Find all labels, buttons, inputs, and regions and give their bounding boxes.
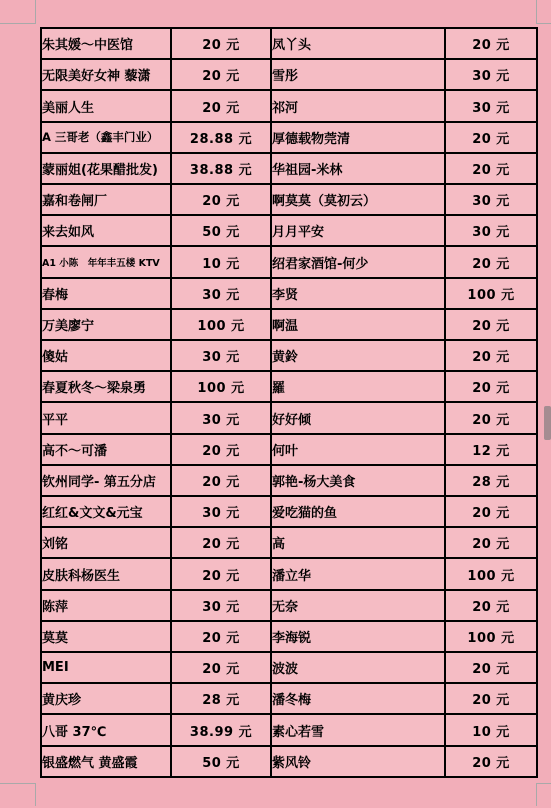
payer-name-right: 潘立华 — [271, 558, 445, 589]
payer-name-left: 八哥 37℃ — [41, 714, 171, 745]
amount-left: 100 元 — [171, 371, 271, 402]
payer-name-left: 莫莫 — [41, 621, 171, 652]
amount-right: 20 元 — [445, 746, 537, 777]
amount-left: 30 元 — [171, 496, 271, 527]
payer-name-left: 春夏秋冬～梁泉勇 — [41, 371, 171, 402]
payer-name-right: 高 — [271, 527, 445, 558]
payer-name-left: 春梅 — [41, 278, 171, 309]
amount-right: 10 元 — [445, 714, 537, 745]
payer-name-left: 陈萍 — [41, 590, 171, 621]
payer-name-right: 羅 — [271, 371, 445, 402]
amount-right: 30 元 — [445, 215, 537, 246]
amount-right: 20 元 — [445, 652, 537, 683]
payer-name-right: 潘冬梅 — [271, 683, 445, 714]
amount-left: 30 元 — [171, 340, 271, 371]
payment-table: 朱其媛～中医馆 20 元 凤丫头 20 元 无限美好女神 藜潇 20 元 雪彤 … — [40, 27, 538, 778]
table-row: 钦州同学- 第五分店 20 元 郭艳-杨大美食 28 元 — [41, 465, 537, 496]
amount-right: 20 元 — [445, 683, 537, 714]
amount-right: 20 元 — [445, 402, 537, 433]
table-row: 万美廖宁 100 元 啊温 20 元 — [41, 309, 537, 340]
amount-right: 30 元 — [445, 90, 537, 121]
payer-name-left: 高不～可潘 — [41, 434, 171, 465]
table-row: 平平 30 元 好好倾 20 元 — [41, 402, 537, 433]
amount-right: 12 元 — [445, 434, 537, 465]
table-row: 春梅 30 元 李贤 100 元 — [41, 278, 537, 309]
amount-right: 20 元 — [445, 153, 537, 184]
amount-left: 10 元 — [171, 246, 271, 277]
amount-left: 20 元 — [171, 28, 271, 59]
amount-right: 30 元 — [445, 184, 537, 215]
amount-left: 20 元 — [171, 621, 271, 652]
amount-left: 20 元 — [171, 652, 271, 683]
payer-name-left: 傻姑 — [41, 340, 171, 371]
payer-name-right: 李贤 — [271, 278, 445, 309]
payer-name-right: 绍君家酒馆-何少 — [271, 246, 445, 277]
table-row: 傻姑 30 元 黄鈴 20 元 — [41, 340, 537, 371]
table-row: 春夏秋冬～梁泉勇 100 元 羅 20 元 — [41, 371, 537, 402]
payer-name-right: 紫风铃 — [271, 746, 445, 777]
table-row: MEI 20 元 波波 20 元 — [41, 652, 537, 683]
payer-name-right: 郭艳-杨大美食 — [271, 465, 445, 496]
amount-right: 20 元 — [445, 371, 537, 402]
payer-name-right: 厚德载物莞清 — [271, 122, 445, 153]
payer-name-right: 华祖园-米林 — [271, 153, 445, 184]
amount-right: 20 元 — [445, 246, 537, 277]
payer-name-left: 无限美好女神 藜潇 — [41, 59, 171, 90]
payer-name-right: 祁河 — [271, 90, 445, 121]
amount-right: 28 元 — [445, 465, 537, 496]
table-row: A 三哥老（鑫丰门业） 28.88 元 厚德载物莞清 20 元 — [41, 122, 537, 153]
amount-left: 100 元 — [171, 309, 271, 340]
payer-name-left: 来去如风 — [41, 215, 171, 246]
amount-right: 20 元 — [445, 340, 537, 371]
table-row: 美丽人生 20 元 祁河 30 元 — [41, 90, 537, 121]
amount-left: 30 元 — [171, 402, 271, 433]
table-row: 嘉和卷闸厂 20 元 啊莫莫（莫初云） 30 元 — [41, 184, 537, 215]
amount-right: 100 元 — [445, 621, 537, 652]
table-row: 八哥 37℃ 38.99 元 素心若雪 10 元 — [41, 714, 537, 745]
table-row: A1 小陈 年年丰五楼 KTV 10 元 绍君家酒馆-何少 20 元 — [41, 246, 537, 277]
payer-name-left: MEI — [41, 652, 171, 683]
payer-name-left: 平平 — [41, 402, 171, 433]
table-row: 莫莫 20 元 李海锐 100 元 — [41, 621, 537, 652]
payer-name-left: 蒙丽姐(花果醋批发) — [41, 153, 171, 184]
amount-right: 20 元 — [445, 496, 537, 527]
amount-right: 20 元 — [445, 28, 537, 59]
payer-name-left: 万美廖宁 — [41, 309, 171, 340]
amount-left: 28 元 — [171, 683, 271, 714]
payer-name-left: 皮肤科杨医生 — [41, 558, 171, 589]
amount-left: 20 元 — [171, 527, 271, 558]
amount-left: 20 元 — [171, 59, 271, 90]
crop-mark-bottom-right — [536, 783, 551, 806]
payer-name-right: 啊莫莫（莫初云） — [271, 184, 445, 215]
table-row: 银盛燃气 黄盛霞 50 元 紫风铃 20 元 — [41, 746, 537, 777]
amount-left: 38.99 元 — [171, 714, 271, 745]
amount-left: 28.88 元 — [171, 122, 271, 153]
amount-right: 100 元 — [445, 278, 537, 309]
payer-name-left: 钦州同学- 第五分店 — [41, 465, 171, 496]
table-row: 皮肤科杨医生 20 元 潘立华 100 元 — [41, 558, 537, 589]
payer-name-right: 啊温 — [271, 309, 445, 340]
amount-left: 38.88 元 — [171, 153, 271, 184]
payer-name-right: 凤丫头 — [271, 28, 445, 59]
amount-left: 30 元 — [171, 590, 271, 621]
amount-left: 30 元 — [171, 278, 271, 309]
crop-mark-top-right — [536, 0, 551, 24]
amount-left: 20 元 — [171, 434, 271, 465]
amount-right: 20 元 — [445, 527, 537, 558]
amount-right: 20 元 — [445, 309, 537, 340]
table-row: 黄庆珍 28 元 潘冬梅 20 元 — [41, 683, 537, 714]
table-row: 无限美好女神 藜潇 20 元 雪彤 30 元 — [41, 59, 537, 90]
amount-right: 20 元 — [445, 122, 537, 153]
payer-name-right: 李海锐 — [271, 621, 445, 652]
table-row: 红红&文文&元宝 30 元 爱吃猫的鱼 20 元 — [41, 496, 537, 527]
payer-name-right: 爱吃猫的鱼 — [271, 496, 445, 527]
amount-right: 30 元 — [445, 59, 537, 90]
payer-name-left: 黄庆珍 — [41, 683, 171, 714]
table-row: 刘铭 20 元 高 20 元 — [41, 527, 537, 558]
payer-name-left: 朱其媛～中医馆 — [41, 28, 171, 59]
payer-name-left: 银盛燃气 黄盛霞 — [41, 746, 171, 777]
payer-name-left: A1 小陈 年年丰五楼 KTV — [41, 246, 171, 277]
payer-name-left: 刘铭 — [41, 527, 171, 558]
payer-name-right: 雪彤 — [271, 59, 445, 90]
amount-left: 20 元 — [171, 90, 271, 121]
amount-right: 100 元 — [445, 558, 537, 589]
payer-name-left: 嘉和卷闸厂 — [41, 184, 171, 215]
payer-name-right: 何叶 — [271, 434, 445, 465]
table-row: 来去如风 50 元 月月平安 30 元 — [41, 215, 537, 246]
amount-left: 20 元 — [171, 465, 271, 496]
payer-name-right: 无奈 — [271, 590, 445, 621]
scrollbar-thumb[interactable] — [544, 406, 551, 440]
table-row: 高不～可潘 20 元 何叶 12 元 — [41, 434, 537, 465]
payer-name-left: 红红&文文&元宝 — [41, 496, 171, 527]
payer-name-right: 好好倾 — [271, 402, 445, 433]
payer-name-right: 素心若雪 — [271, 714, 445, 745]
payer-name-left: 美丽人生 — [41, 90, 171, 121]
table-row: 朱其媛～中医馆 20 元 凤丫头 20 元 — [41, 28, 537, 59]
payer-name-right: 月月平安 — [271, 215, 445, 246]
amount-left: 20 元 — [171, 184, 271, 215]
payer-name-right: 黄鈴 — [271, 340, 445, 371]
crop-mark-top-left — [0, 0, 36, 24]
table-row: 蒙丽姐(花果醋批发) 38.88 元 华祖园-米林 20 元 — [41, 153, 537, 184]
payer-name-right: 波波 — [271, 652, 445, 683]
amount-left: 50 元 — [171, 215, 271, 246]
amount-left: 50 元 — [171, 746, 271, 777]
amount-right: 20 元 — [445, 590, 537, 621]
table-row: 陈萍 30 元 无奈 20 元 — [41, 590, 537, 621]
crop-mark-bottom-left — [0, 783, 36, 806]
amount-left: 20 元 — [171, 558, 271, 589]
payer-name-left: A 三哥老（鑫丰门业） — [41, 122, 171, 153]
